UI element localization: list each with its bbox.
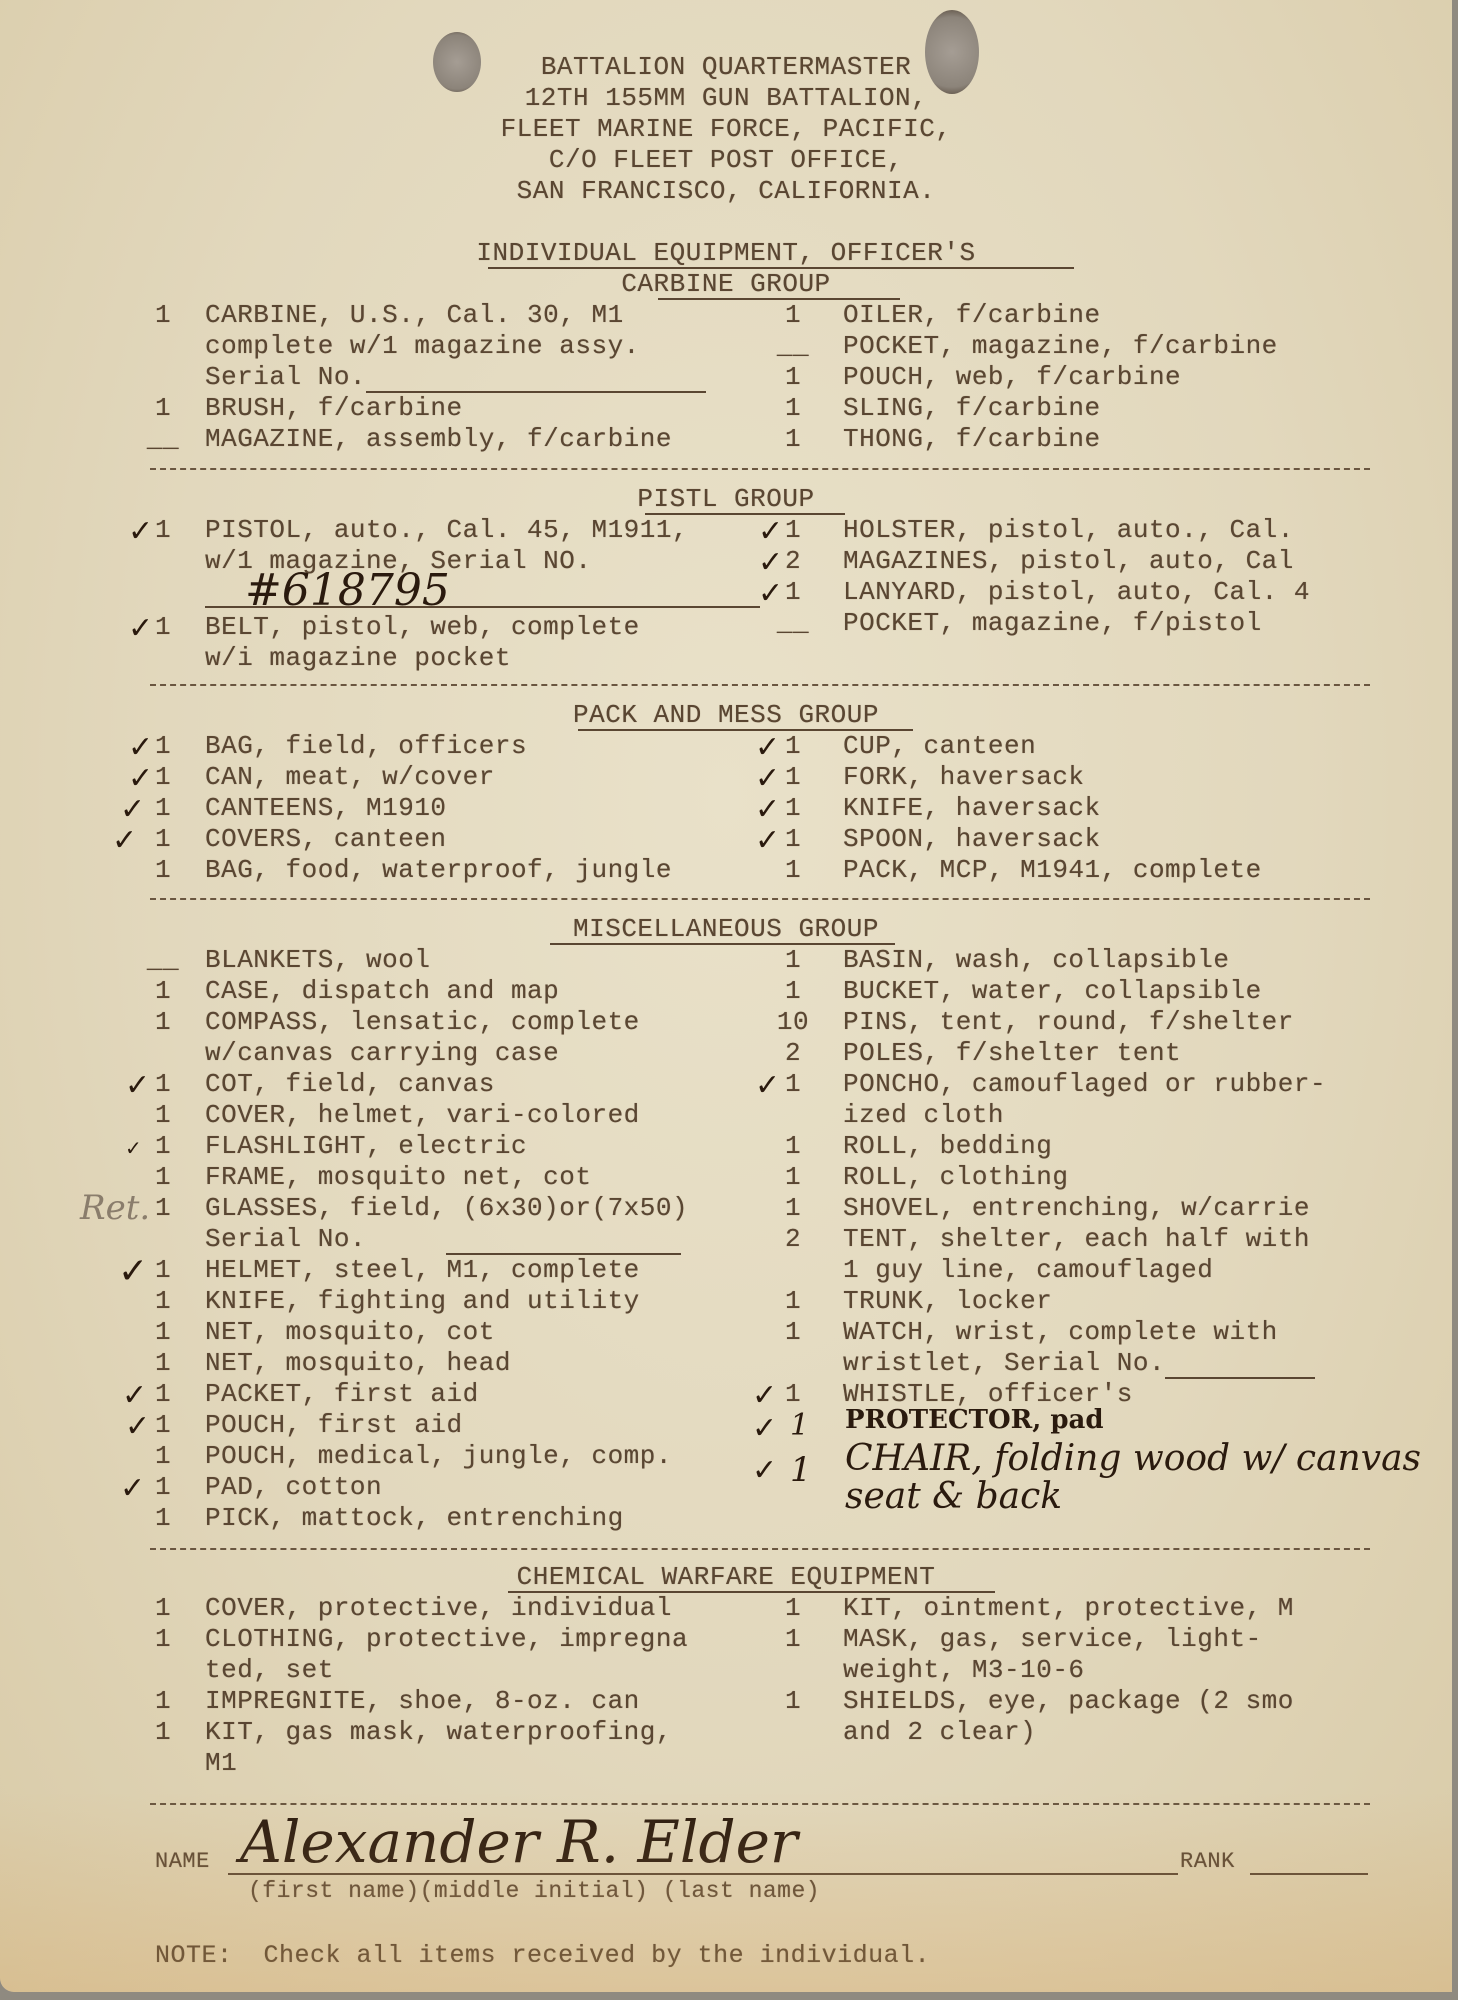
item-pocket-pistol: POCKET, magazine, f/pistol	[843, 608, 1262, 639]
qty-pack-mcp: 1	[775, 855, 811, 886]
header-line-1: BATTALION QUARTERMASTER	[0, 52, 1452, 83]
item-pouch-web: POUCH, web, f/carbine	[843, 362, 1181, 393]
qty-pins: 10	[775, 1007, 811, 1038]
item-net-head: NET, mosquito, head	[205, 1348, 511, 1379]
item-watch: WATCH, wrist, complete with	[843, 1317, 1278, 1348]
carbine-serial-field[interactable]	[366, 369, 706, 393]
item-trunk: TRUNK, locker	[843, 1286, 1052, 1317]
item-carbine: CARBINE, U.S., Cal. 30, M1	[205, 300, 624, 331]
qty-pocket-carbine: __	[775, 331, 811, 362]
qty-flashlight: 1	[145, 1131, 181, 1162]
item-poles: POLES, f/shelter tent	[843, 1038, 1181, 1069]
qty-impregnite: 1	[145, 1686, 181, 1717]
qty-magazine: __	[145, 424, 181, 455]
section-divider	[150, 1803, 1370, 1805]
qty-pad-cotton: 1	[145, 1472, 181, 1503]
returned-note: Ret.	[80, 1188, 150, 1228]
qty-canteens: 1	[145, 793, 181, 824]
handwritten-item-chair: CHAIR, folding wood w/ canvas seat & bac…	[845, 1440, 1445, 1516]
item-pouch-medical: POUCH, medical, jungle, comp.	[205, 1441, 672, 1472]
item-pack-mcp: PACK, MCP, M1941, complete	[843, 855, 1262, 886]
qty-sling: 1	[775, 393, 811, 424]
qty-shovel: 1	[775, 1193, 811, 1224]
equipment-form-paper: BATTALION QUARTERMASTER 12TH 155MM GUN B…	[0, 0, 1452, 1992]
name-hint: (first name)(middle initial) (last name)	[248, 1876, 820, 1907]
pistol-serial-handwritten[interactable]: #618795	[245, 565, 450, 616]
item-bag-food: BAG, food, waterproof, jungle	[205, 855, 672, 886]
item-kit-gas-mask-cont: M1	[205, 1748, 237, 1779]
qty-tent: 2	[775, 1224, 811, 1255]
item-covers-canteen: COVERS, canteen	[205, 824, 447, 855]
item-case-dispatch: CASE, dispatch and map	[205, 976, 559, 1007]
item-clothing-protective: CLOTHING, protective, impregna	[205, 1624, 688, 1655]
item-shovel: SHOVEL, entrenching, w/carrie	[843, 1193, 1310, 1224]
item-carbine-serial-label: Serial No.	[205, 362, 706, 393]
item-pistol: PISTOL, auto., Cal. 45, M1911,	[205, 515, 688, 546]
handwritten-item-protector: PROTECTOR, pad	[845, 1405, 1104, 1435]
item-carbine-cont: complete w/1 magazine assy.	[205, 331, 640, 362]
qty-cot: 1	[145, 1069, 181, 1100]
serial-label: Serial No.	[205, 1224, 366, 1254]
item-packet-first-aid: PACKET, first aid	[205, 1379, 479, 1410]
qty-net-cot: 1	[145, 1317, 181, 1348]
qty-thong: 1	[775, 424, 811, 455]
qty-compass: 1	[145, 1007, 181, 1038]
item-magazines-pistol: MAGAZINES, pistol, auto, Cal	[843, 546, 1294, 577]
serial-label: Serial No.	[205, 362, 366, 392]
qty-pouch-web: 1	[775, 362, 811, 393]
qty-cup: 1	[775, 731, 811, 762]
checkmark-icon: ✓	[122, 1381, 147, 1411]
item-shields-eye-cont: and 2 clear)	[843, 1717, 1036, 1748]
section-divider	[150, 468, 1370, 470]
item-watch-serial: wristlet, Serial No.	[843, 1348, 1315, 1379]
checkmark-icon: ✓	[752, 1456, 777, 1486]
qty-case-dispatch: 1	[145, 976, 181, 1007]
header-line-5: SAN FRANCISCO, CALIFORNIA.	[0, 176, 1452, 207]
item-fork: FORK, haversack	[843, 762, 1085, 793]
item-roll-clothing: ROLL, clothing	[843, 1162, 1068, 1193]
item-poncho: PONCHO, camouflaged or rubber-	[843, 1069, 1326, 1100]
qty-packet-first-aid: 1	[145, 1379, 181, 1410]
item-pad-cotton: PAD, cotton	[205, 1472, 382, 1503]
qty-pistol: 1	[145, 515, 181, 546]
item-blankets: BLANKETS, wool	[205, 945, 430, 976]
qty-trunk: 1	[775, 1286, 811, 1317]
item-kit-ointment: KIT, ointment, protective, M	[843, 1593, 1294, 1624]
qty-whistle: 1	[775, 1379, 811, 1410]
item-cup: CUP, canteen	[843, 731, 1036, 762]
section-divider	[150, 898, 1370, 900]
qty-covers-canteen: 1	[145, 824, 181, 855]
checkmark-icon: ✓	[120, 1474, 145, 1504]
item-glasses: GLASSES, field, (6x30)or(7x50)	[205, 1193, 688, 1224]
item-poncho-cont: ized cloth	[843, 1100, 1004, 1131]
item-tent-cont: 1 guy line, camouflaged	[843, 1255, 1213, 1286]
qty-clothing-protective: 1	[145, 1624, 181, 1655]
rank-field[interactable]	[1250, 1873, 1368, 1875]
qty-holster: 1	[775, 515, 811, 546]
qty-knife-fighting: 1	[145, 1286, 181, 1317]
checkmark-icon: ✓	[752, 1414, 777, 1444]
qty-spoon: 1	[775, 824, 811, 855]
qty-belt: 1	[145, 612, 181, 643]
item-sling: SLING, f/carbine	[843, 393, 1101, 424]
qty-bucket: 1	[775, 976, 811, 1007]
item-pouch-first-aid: POUCH, first aid	[205, 1410, 463, 1441]
qty-blankets: __	[145, 945, 181, 976]
qty-bag-food: 1	[145, 855, 181, 886]
item-lanyard: LANYARD, pistol, auto, Cal. 4	[843, 577, 1310, 608]
item-tent: TENT, shelter, each half with	[843, 1224, 1310, 1255]
item-roll-bedding: ROLL, bedding	[843, 1131, 1052, 1162]
item-pins: PINS, tent, round, f/shelter	[843, 1007, 1294, 1038]
section-title-chemical: CHEMICAL WARFARE EQUIPMENT	[0, 1562, 1452, 1593]
qty-poles: 2	[775, 1038, 811, 1069]
item-canteens: CANTEENS, M1910	[205, 793, 447, 824]
qty-cover-helmet: 1	[145, 1100, 181, 1131]
item-impregnite: IMPREGNITE, shoe, 8-oz. can	[205, 1686, 640, 1717]
item-shields-eye: SHIELDS, eye, package (2 smo	[843, 1686, 1294, 1717]
qty-basin: 1	[775, 945, 811, 976]
rank-label: RANK	[1180, 1846, 1235, 1877]
item-compass-cont: w/canvas carrying case	[205, 1038, 559, 1069]
qty-roll-clothing: 1	[775, 1162, 811, 1193]
item-cover-protective: COVER, protective, individual	[205, 1593, 672, 1624]
checkmark-icon: ✓	[125, 1133, 142, 1163]
qty-shields-eye: 1	[775, 1686, 811, 1717]
qty-knife-haversack: 1	[775, 793, 811, 824]
qty-helmet: 1	[145, 1255, 181, 1286]
footer-note: NOTE: Check all items received by the in…	[155, 1940, 930, 1971]
pistol-serial-field-line	[205, 606, 760, 608]
item-net-cot: NET, mosquito, cot	[205, 1317, 495, 1348]
qty-cover-protective: 1	[145, 1593, 181, 1624]
item-belt: BELT, pistol, web, complete	[205, 612, 640, 643]
qty-pouch-medical: 1	[145, 1441, 181, 1472]
name-signature[interactable]: Alexander R. Elder	[240, 1808, 798, 1876]
item-flashlight: FLASHLIGHT, electric	[205, 1131, 527, 1162]
qty-brush: 1	[145, 393, 181, 424]
watch-serial-field[interactable]	[1165, 1355, 1315, 1379]
item-kit-gas-mask: KIT, gas mask, waterproofing,	[205, 1717, 672, 1748]
item-frame: FRAME, mosquito net, cot	[205, 1162, 591, 1193]
item-compass: COMPASS, lensatic, complete	[205, 1007, 640, 1038]
checkmark-icon: ✓	[112, 826, 137, 856]
item-thong: THONG, f/carbine	[843, 424, 1101, 455]
checkmark-icon: ✓	[120, 795, 145, 825]
qty-fork: 1	[775, 762, 811, 793]
qty-frame: 1	[145, 1162, 181, 1193]
qty-oiler: 1	[775, 300, 811, 331]
qty-bag-field: 1	[145, 731, 181, 762]
header-line-2: 12TH 155MM GUN BATTALION,	[0, 83, 1452, 114]
section-title-pistol: PISTL GROUP	[0, 484, 1452, 515]
handwritten-qty: 1	[790, 1408, 809, 1443]
header-line-3: FLEET MARINE FORCE, PACIFIC,	[0, 114, 1452, 145]
qty-pouch-first-aid: 1	[145, 1410, 181, 1441]
qty-can-meat: 1	[145, 762, 181, 793]
item-mask-gas-cont: weight, M3-10-6	[843, 1655, 1085, 1686]
item-knife-haversack: KNIFE, haversack	[843, 793, 1101, 824]
item-basin: BASIN, wash, collapsible	[843, 945, 1229, 976]
item-oiler: OILER, f/carbine	[843, 300, 1101, 331]
section-divider	[150, 1548, 1370, 1550]
qty-lanyard: 1	[775, 577, 811, 608]
qty-poncho: 1	[775, 1069, 811, 1100]
name-label: NAME	[155, 1846, 210, 1877]
item-cot: COT, field, canvas	[205, 1069, 495, 1100]
handwritten-qty: 1	[790, 1450, 812, 1490]
item-bag-field: BAG, field, officers	[205, 731, 527, 762]
item-belt-cont: w/i magazine pocket	[205, 643, 511, 674]
glasses-serial-field[interactable]	[446, 1231, 681, 1255]
serial-label: wristlet, Serial No.	[843, 1348, 1165, 1378]
item-cover-helmet: COVER, helmet, vari-colored	[205, 1100, 640, 1131]
header-line-4: C/O FLEET POST OFFICE,	[0, 145, 1452, 176]
item-bucket: BUCKET, water, collapsible	[843, 976, 1262, 1007]
qty-mask-gas: 1	[775, 1624, 811, 1655]
section-title-misc: MISCELLANEOUS GROUP	[0, 914, 1452, 945]
item-clothing-protective-cont: ted, set	[205, 1655, 334, 1686]
qty-kit-ointment: 1	[775, 1593, 811, 1624]
item-pocket-carbine: POCKET, magazine, f/carbine	[843, 331, 1278, 362]
qty-carbine: 1	[145, 300, 181, 331]
item-knife-fighting: KNIFE, fighting and utility	[205, 1286, 640, 1317]
qty-pocket-pistol: __	[775, 608, 811, 639]
section-title-pack-mess: PACK AND MESS GROUP	[0, 700, 1452, 731]
qty-kit-gas-mask: 1	[145, 1717, 181, 1748]
qty-net-head: 1	[145, 1348, 181, 1379]
qty-watch: 1	[775, 1317, 811, 1348]
section-title-carbine: CARBINE GROUP	[0, 269, 1452, 300]
qty-pick: 1	[145, 1503, 181, 1534]
checkmark-icon: ✓	[118, 1257, 148, 1287]
item-holster: HOLSTER, pistol, auto., Cal.	[843, 515, 1294, 546]
section-divider	[150, 684, 1370, 686]
item-helmet: HELMET, steel, M1, complete	[205, 1255, 640, 1286]
item-pick: PICK, mattock, entrenching	[205, 1503, 624, 1534]
item-glasses-serial: Serial No.	[205, 1224, 681, 1255]
form-title: INDIVIDUAL EQUIPMENT, OFFICER'S	[0, 238, 1452, 269]
item-can-meat: CAN, meat, w/cover	[205, 762, 495, 793]
qty-glasses: 1	[145, 1193, 181, 1224]
qty-roll-bedding: 1	[775, 1131, 811, 1162]
qty-magazines-pistol: 2	[775, 546, 811, 577]
item-magazine: MAGAZINE, assembly, f/carbine	[205, 424, 672, 455]
checkmark-icon: ✓	[752, 1381, 777, 1411]
item-spoon: SPOON, haversack	[843, 824, 1101, 855]
item-brush: BRUSH, f/carbine	[205, 393, 463, 424]
item-mask-gas: MASK, gas, service, light-	[843, 1624, 1262, 1655]
